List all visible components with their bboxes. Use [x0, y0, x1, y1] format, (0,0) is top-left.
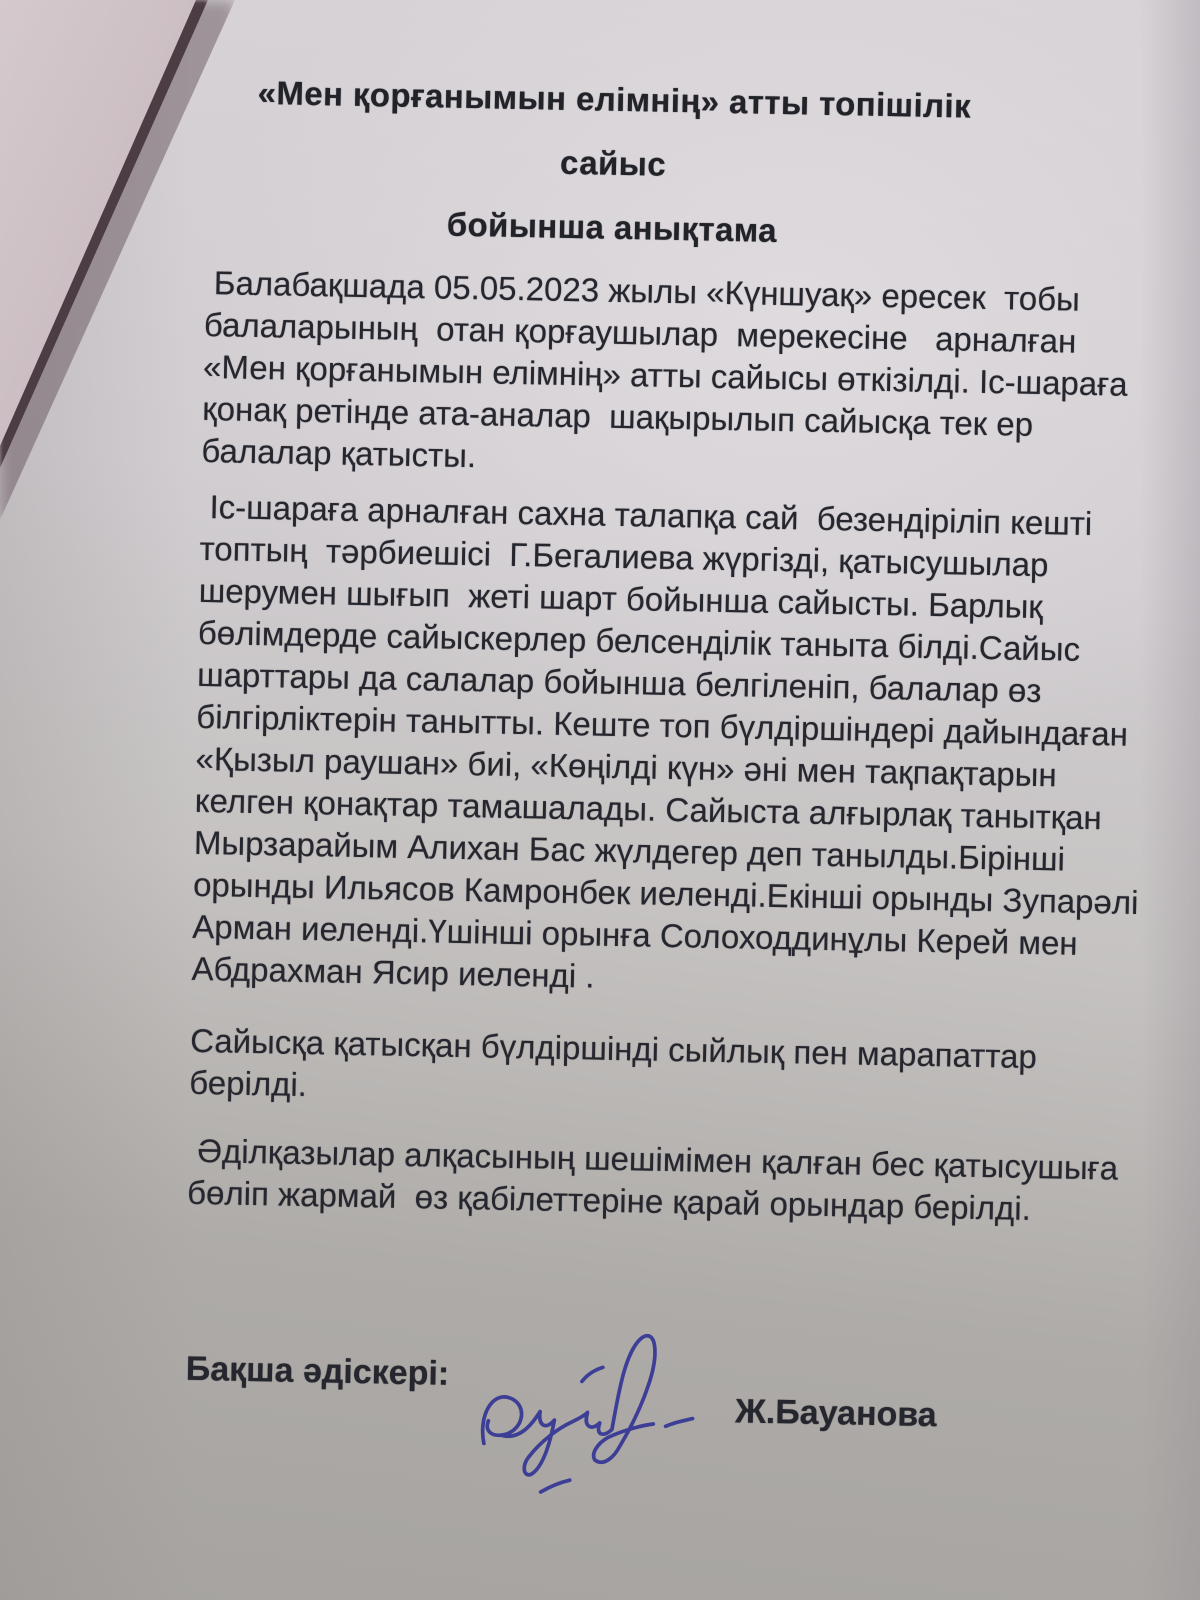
document-title: «Мен қорғанымын елімнің» атты топішілік …	[205, 60, 1021, 268]
paragraph: Іс-шараға арналған сахна талапқа сай без…	[191, 486, 1153, 1008]
paragraph: Әділқазылар алқасының шешімімен қалған б…	[187, 1130, 1140, 1232]
document-photo: «Мен қорғанымын елімнің» атты топішілік …	[0, 0, 1200, 1600]
signature-name: Ж.Бауанова	[735, 1392, 937, 1435]
title-line-1: «Мен қорғанымын елімнің» атты топішілік …	[207, 60, 1021, 204]
document-body: Балабақшада 05.05.2023 жылы «Күншуақ» ер…	[187, 262, 1157, 1232]
paragraph: Балабақшада 05.05.2023 жылы «Күншуақ» ер…	[201, 262, 1157, 490]
signature-block: Бақша әдіскері: Ж.Бауанова	[181, 1288, 1138, 1556]
signature-label: Бақша әдіскері:	[185, 1350, 449, 1394]
document-sheet: «Мен қорғанымын елімнің» атты топішілік …	[181, 60, 1161, 1556]
signature-ink-scribble	[437, 1287, 710, 1542]
paragraph: Сайысқа қатысқан бүлдіршінді сыйлық пен …	[189, 1020, 1142, 1122]
